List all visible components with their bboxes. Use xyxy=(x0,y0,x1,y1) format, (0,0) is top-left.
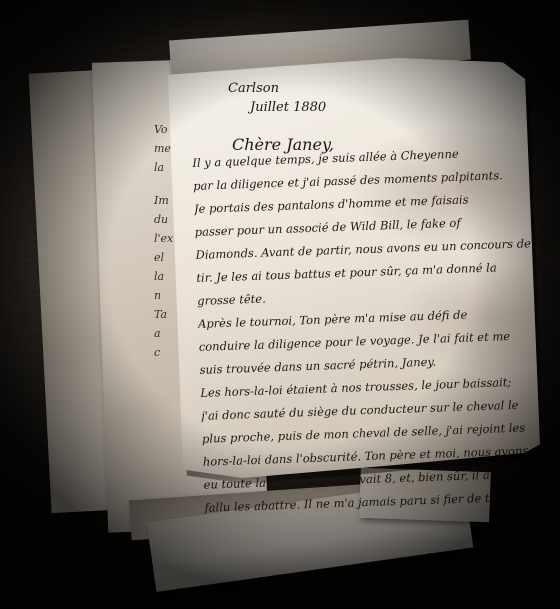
back-sheet-text-column: Vo me la Im du l'ex el la n Ta a c xyxy=(154,120,174,362)
photo-scene: Vo me la Im du l'ex el la n Ta a c Carls… xyxy=(0,0,560,609)
fragment-text: el xyxy=(154,248,174,267)
letter-place: Carlson xyxy=(228,80,279,98)
fragment-text: la xyxy=(154,267,174,286)
fragment-text: l'ex xyxy=(154,229,174,248)
fragment-text: Im xyxy=(154,191,174,210)
fragment-text: c xyxy=(154,343,174,362)
fragment-text: a xyxy=(154,324,174,343)
fragment-text: du xyxy=(154,210,174,229)
fragment-text: n xyxy=(154,286,174,305)
fragment-text: Ta xyxy=(154,305,174,324)
letter-date: Juillet 1880 xyxy=(250,100,326,115)
letter-body: Il y a quelque temps, je suis allée à Ch… xyxy=(192,140,550,520)
fragment-text: la xyxy=(154,158,174,177)
